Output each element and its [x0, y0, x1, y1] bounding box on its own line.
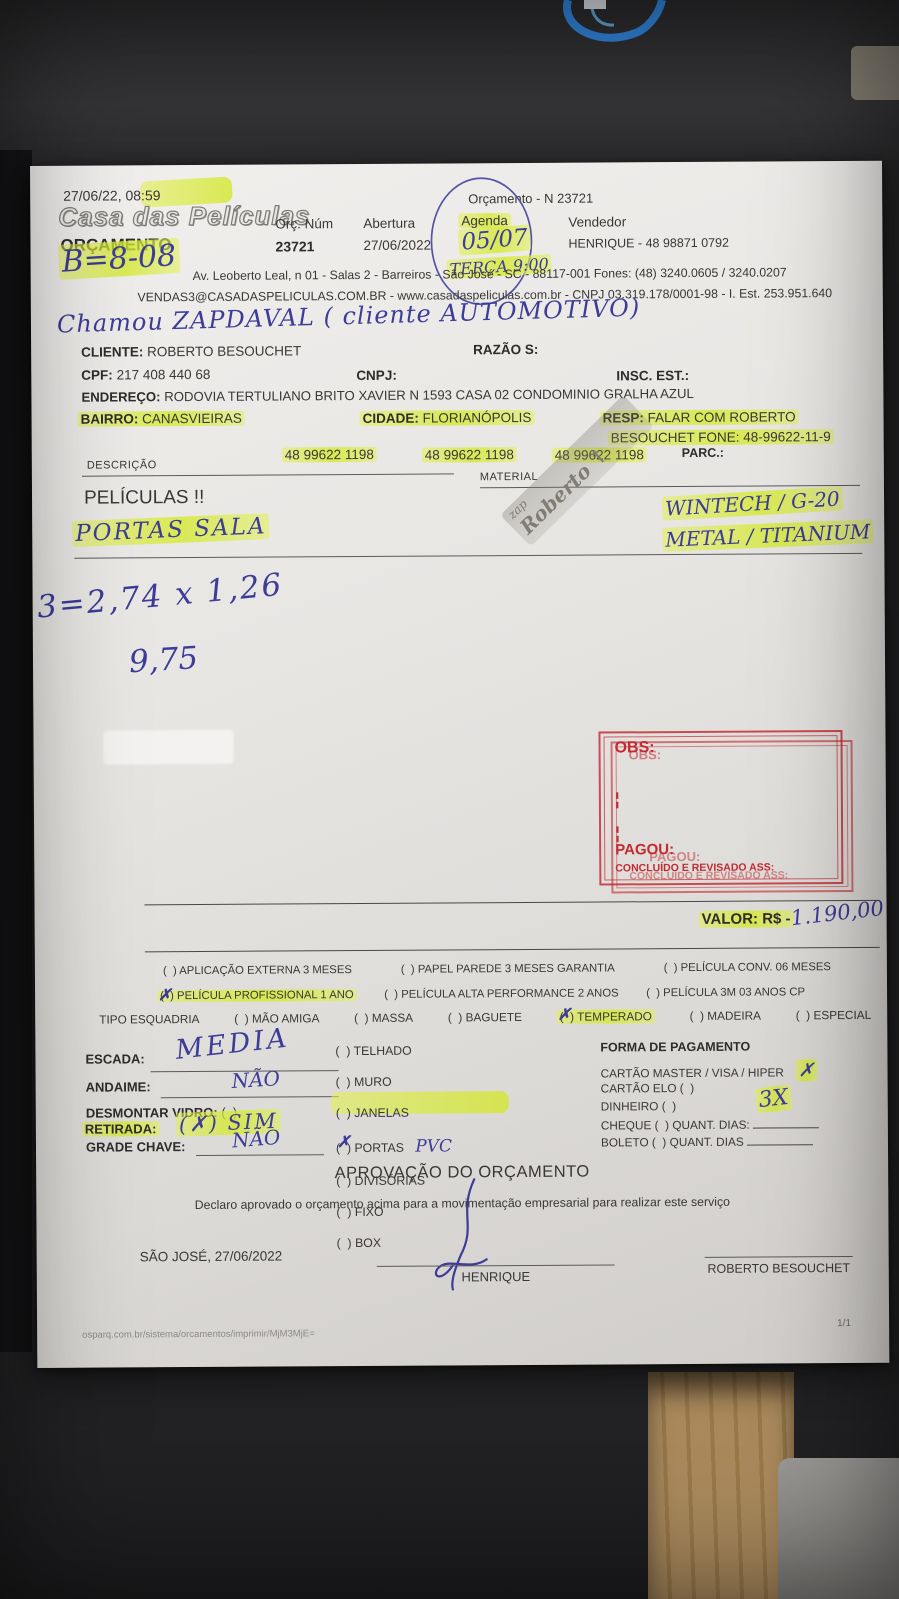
option-temperado: ( )✗ TEMPERADO [557, 1009, 655, 1024]
grade-blank-line [196, 1154, 324, 1156]
cidade-field: CIDADE: FLORIANÓPOLIS [360, 410, 535, 426]
obs-stamp: OBS: OBS: ¦ ¦ PAGOU: PAGOU: CONCLUÍDO E … [598, 730, 861, 904]
checkbox: ( ) [662, 1099, 677, 1113]
orc-num-value: 23721 [275, 238, 314, 254]
boleto-days-label: QUANT. DIAS [670, 1135, 744, 1149]
option-box: ( ) BOX [337, 1231, 899, 1250]
blue-cable [540, 0, 690, 62]
description-item: PELÍCULAS !! [84, 487, 205, 510]
floor-patch-top-right [851, 46, 899, 100]
master-check-handwritten: ✗ [795, 1059, 817, 1081]
hand-measurement: 3=2,74 x 1,26 [35, 567, 284, 626]
document-paper: 27/06/22, 08:59 Orçamento - N 23721 Casa… [30, 161, 889, 1368]
option-massa: ( ) MASSA [354, 1011, 413, 1025]
phone-1: 48 99622 1198 [282, 447, 377, 463]
checkbox: ( ) [354, 1011, 369, 1025]
hand-material-metal: METAL / TITANIUM [662, 519, 874, 552]
wood-floor [648, 1372, 794, 1599]
checkbox: ( ) [337, 1236, 352, 1250]
cheque-days-blank [753, 1116, 819, 1128]
client-row-3: ENDEREÇO: RODOVIA TERTULIANO BRITO XAVIE… [81, 386, 694, 405]
grade-handwritten: NÃO [231, 1125, 281, 1153]
resp-value-line1: FALAR COM ROBERTO [648, 409, 796, 425]
checkbox: ( ) [664, 962, 678, 974]
bairro-field: BAIRRO: CANASVIEIRAS [78, 411, 245, 427]
check-mark: ✗ [158, 985, 172, 1004]
option-label: TEMPERADO [577, 1009, 652, 1023]
valor-label: VALOR: R$ - [699, 910, 794, 928]
warranty-row-2: ( )✗ PELÍCULA PROFISSIONAL 1 ANO ( ) PEL… [157, 986, 805, 1002]
vendedor-label: Vendedor [568, 214, 626, 229]
checkbox: ( ) [796, 1008, 811, 1022]
phone-2: 48 99622 1198 [422, 447, 517, 463]
warranty-row-1: ( ) APLICAÇÃO EXTERNA 3 MESES ( ) PAPEL … [163, 961, 831, 977]
abertura-label: Abertura [363, 216, 415, 231]
payment-title: FORMA DE PAGAMENTO [600, 1040, 750, 1055]
stamp-obs-ghost: OBS: [629, 747, 662, 762]
option-pelicula-profissional: ( )✗ PELÍCULA PROFISSIONAL 1 ANO [157, 989, 357, 1002]
checkbox: ( ) [234, 1012, 249, 1026]
checkbox: ( ) [384, 989, 398, 1001]
client-row-1: CLIENTE: ROBERTO BESOUCHET [81, 343, 301, 359]
bairro-value: CANASVIEIRAS [142, 411, 242, 427]
option-pelicula-3m: ( ) PELÍCULA 3M 03 ANOS CP [646, 986, 805, 999]
gray-object-bottom-right [778, 1458, 899, 1599]
andaime-handwritten: NÃO [231, 1066, 281, 1093]
dinheiro-parcelas-handwritten: 3X [754, 1085, 792, 1114]
master-label: CARTÃO MASTER / VISA / HIPER [601, 1065, 784, 1080]
option-label: MURO [354, 1075, 392, 1089]
checkbox: ( ) [448, 1010, 463, 1024]
payment-elo-row: CARTÃO ELO ( ) [601, 1081, 695, 1096]
checkbox: ( ) [646, 987, 660, 999]
endereco-label: ENDEREÇO: [81, 389, 160, 404]
cidade-value: FLORIANÓPOLIS [423, 410, 532, 426]
checkbox: ( ) [401, 964, 415, 976]
option-baguete: ( ) BAGUETE [448, 1010, 522, 1024]
elo-label: CARTÃO ELO [601, 1081, 677, 1095]
option-label: PELÍCULA PROFISSIONAL 1 ANO [177, 989, 354, 1002]
cidade-label: CIDADE: [363, 411, 419, 426]
option-label: PELÍCULA 3M 03 ANOS CP [663, 986, 805, 999]
cliente-value: ROBERTO BESOUCHET [147, 343, 301, 359]
agenda-date-handwritten: 05/07 [458, 224, 532, 255]
signature-2-name: ROBERTO BESOUCHET [689, 1261, 869, 1276]
checkbox: ( ) [690, 1009, 705, 1023]
vendedor-value: HENRIQUE - 48 98871 0792 [568, 236, 729, 251]
payment-cheque-row: CHEQUE ( ) QUANT. DIAS: [601, 1116, 819, 1132]
option-papel-parede: ( ) PAPEL PAREDE 3 MESES GARANTIA [401, 962, 615, 975]
grade-chave-label: GRADE CHAVE: [86, 1139, 186, 1155]
cheque-days-label: QUANT. DIAS: [672, 1118, 749, 1132]
option-madeira: ( ) MADEIRA [690, 1009, 762, 1023]
cliente-label: CLIENTE: [81, 344, 143, 359]
signature-1-name: HENRIQUE [377, 1268, 615, 1284]
hand-portas-sala: PORTAS SALA [72, 513, 270, 547]
payment-boleto-row: BOLETO ( ) QUANT. DIAS [601, 1133, 813, 1149]
option-label: PELÍCULA ALTA PERFORMANCE 2 ANOS [401, 987, 619, 1000]
option-label: MADEIRA [707, 1009, 761, 1023]
option-label: PAPEL PAREDE 3 MESES GARANTIA [418, 962, 615, 975]
stamp-dash-1: ¦ [615, 789, 620, 809]
cheque-label: CHEQUE [601, 1118, 652, 1132]
hand-material-wintech: WINTECH / G-20 [662, 486, 844, 521]
escada-handwritten: MEDIA [174, 1023, 291, 1066]
checkbox: ( ) [655, 1118, 670, 1132]
check-mark: ✗ [337, 1132, 351, 1151]
checkbox: ( ) [163, 965, 177, 977]
endereco-value: RODOVIA TERTULIANO BRITO XAVIER N 1593 C… [164, 386, 694, 404]
option-label: BOX [355, 1236, 381, 1250]
boleto-label: BOLETO [601, 1135, 649, 1149]
checkbox: ( ) [680, 1081, 695, 1095]
check-mark: ✗ [558, 1005, 572, 1024]
footer-url: osparq.com.br/sistema/orcamentos/imprimi… [82, 1328, 315, 1340]
option-label: MASSA [372, 1011, 413, 1025]
option-label: JANELAS [354, 1106, 409, 1120]
abertura-value: 27/06/2022 [363, 238, 431, 253]
andaime-blank-line [161, 1096, 339, 1098]
hand-total: 9,75 [128, 640, 199, 680]
option-label: PORTAS [354, 1141, 404, 1155]
razao-label: RAZÃO S: [473, 342, 538, 357]
checkbox: ( ) [335, 1044, 350, 1058]
option-label: ESPECIAL [813, 1008, 871, 1022]
retirada-label: RETIRADA: [82, 1121, 160, 1136]
chair-back-top [0, 0, 899, 172]
chair-edge-left [0, 150, 32, 1430]
city-date: SÃO JOSÉ, 27/06/2022 [140, 1248, 283, 1264]
checkbox: ( ) [336, 1075, 351, 1089]
orc-num-label: Orç. Núm [275, 216, 333, 231]
option-label: PELÍCULA CONV. 06 MESES [681, 961, 831, 974]
stamp-concluido-ghost: CONCLUÍDO E REVISADO ASS: [629, 869, 788, 882]
payment-master-row: CARTÃO MASTER / VISA / HIPER ✗ [600, 1059, 817, 1082]
bairro-label: BAIRRO: [81, 411, 139, 426]
boleto-days-blank [747, 1133, 813, 1145]
option-especial: ( ) ESPECIAL [796, 1008, 871, 1022]
andaime-label: ANDAIME: [86, 1079, 151, 1094]
checkbox: ( ) [652, 1135, 667, 1149]
option-aplicacao-externa: ( ) APLICAÇÃO EXTERNA 3 MESES [163, 964, 352, 977]
checkbox: ( ) [336, 1106, 351, 1120]
payment-dinheiro-row: DINHEIRO ( ) [601, 1099, 676, 1113]
parc-label: PARC.: [682, 446, 724, 460]
page-number: 1/1 [837, 1318, 851, 1329]
insc-label: INSC. EST.: [616, 368, 689, 383]
company-logo: Casa das Películas [58, 200, 310, 233]
correction-patch [103, 730, 233, 765]
option-label: APLICAÇÃO EXTERNA 3 MESES [179, 964, 352, 977]
valor-line-top [145, 900, 880, 905]
descricao-underline [82, 473, 454, 476]
client-row-2: CPF: 217 408 440 68 [81, 367, 210, 383]
section-divider [74, 553, 862, 559]
escada-label: ESCADA: [85, 1051, 144, 1066]
cpf-label: CPF: [81, 367, 113, 382]
option-alta-performance: ( ) PELÍCULA ALTA PERFORMANCE 2 ANOS [384, 987, 618, 1000]
portas-pvc-handwritten: PVC [415, 1136, 452, 1156]
option-label: TELHADO [354, 1044, 412, 1058]
esquadria-label: TIPO ESQUADRIA [99, 1012, 199, 1027]
option-pelicula-conv: ( ) PELÍCULA CONV. 06 MESES [664, 961, 831, 974]
esquadria-row: TIPO ESQUADRIA ( ) MÃO AMIGA ( ) MASSA (… [99, 1008, 871, 1027]
photo-scene: 27/06/22, 08:59 Orçamento - N 23721 Casa… [0, 0, 899, 1599]
company-address: Av. Leoberto Leal, n 01 - Salas 2 - Barr… [137, 265, 843, 283]
signature-line-2 [705, 1256, 853, 1258]
cnpj-label: CNPJ: [356, 368, 397, 383]
dinheiro-label: DINHEIRO [601, 1099, 659, 1113]
option-label: BAGUETE [466, 1010, 522, 1024]
cpf-value: 217 408 440 68 [116, 367, 210, 383]
valor-line-bottom [145, 947, 880, 952]
material-label: MATERIAL [480, 471, 538, 483]
descricao-label: DESCRIÇÃO [87, 459, 157, 471]
